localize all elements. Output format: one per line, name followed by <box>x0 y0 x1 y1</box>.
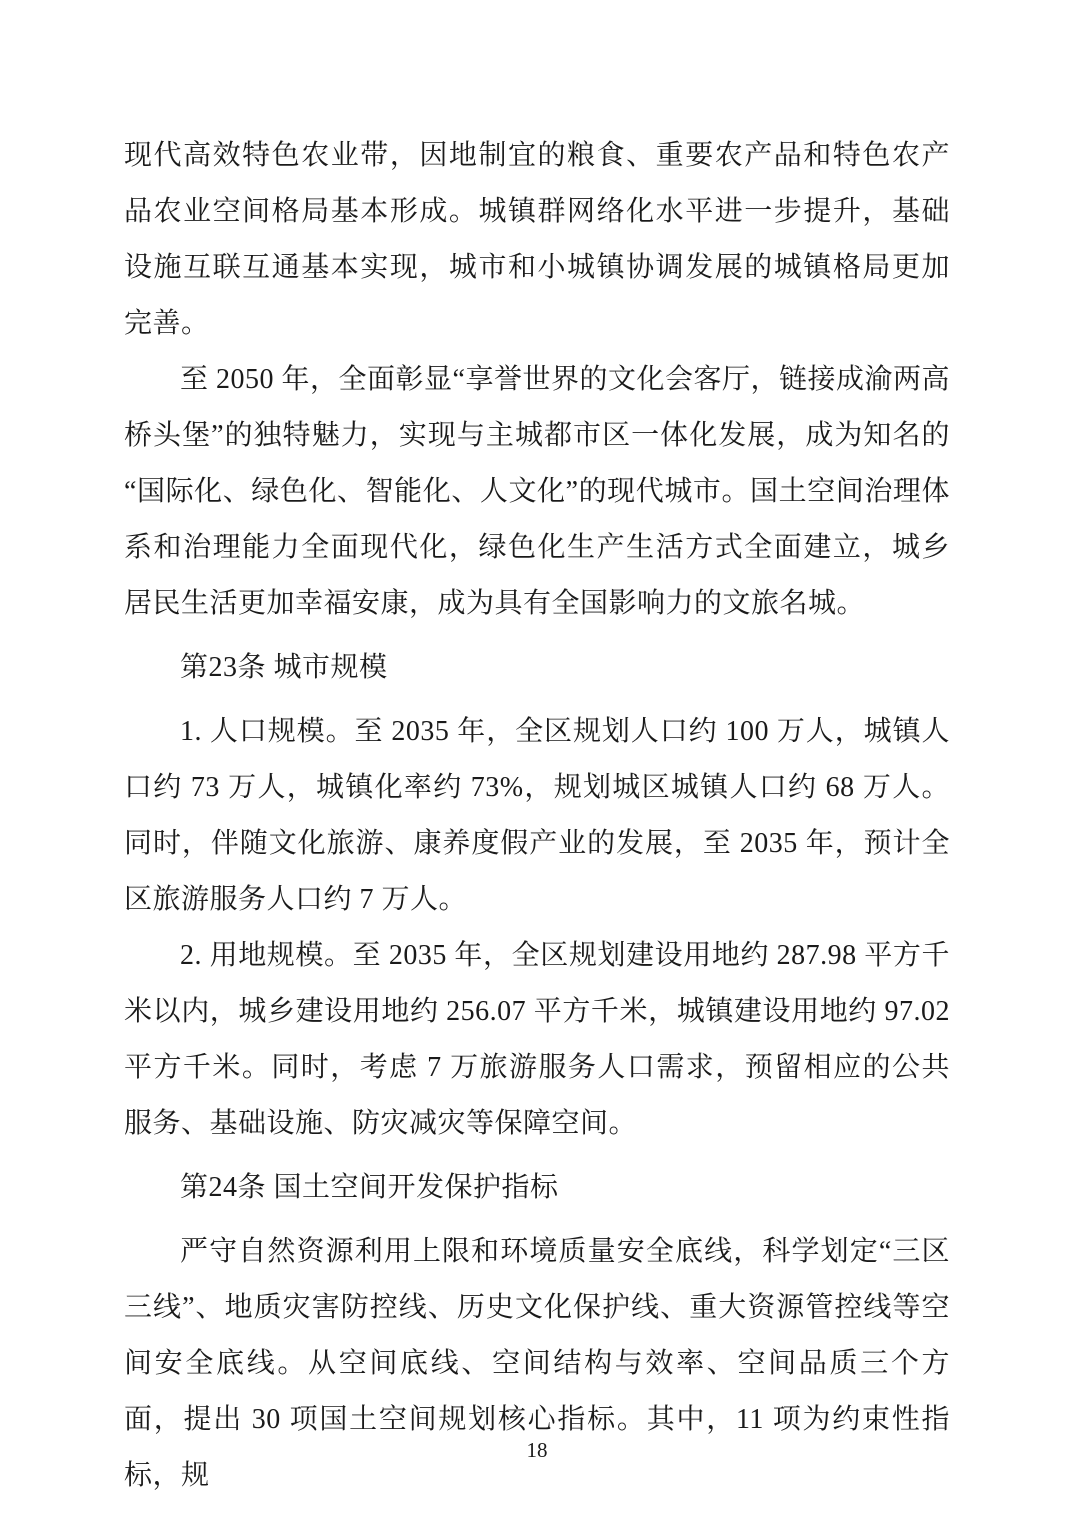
document-page: 现代高效特色农业带，因地制宜的粮食、重要农产品和特色农产品农业空间格局基本形成。… <box>0 0 1074 1520</box>
body-paragraph: 严守自然资源利用上限和环境质量安全底线，科学划定“三区三线”、地质灾害防控线、历… <box>124 1224 950 1504</box>
body-paragraph: 1. 人口规模。至 2035 年，全区规划人口约 100 万人，城镇人口约 73… <box>124 704 950 928</box>
page-number: 18 <box>0 1438 1074 1462</box>
body-paragraph: 2. 用地规模。至 2035 年，全区规划建设用地约 287.98 平方千米以内… <box>124 928 950 1152</box>
article-heading-23: 第23条 城市规模 <box>124 640 950 696</box>
article-heading-24: 第24条 国土空间开发保护指标 <box>124 1160 950 1216</box>
body-paragraph: 现代高效特色农业带，因地制宜的粮食、重要农产品和特色农产品农业空间格局基本形成。… <box>124 128 950 352</box>
document-body: 现代高效特色农业带，因地制宜的粮食、重要农产品和特色农产品农业空间格局基本形成。… <box>124 128 950 1504</box>
body-paragraph: 至 2050 年，全面彰显“享誉世界的文化会客厅，链接成渝两高桥头堡”的独特魅力… <box>124 352 950 632</box>
